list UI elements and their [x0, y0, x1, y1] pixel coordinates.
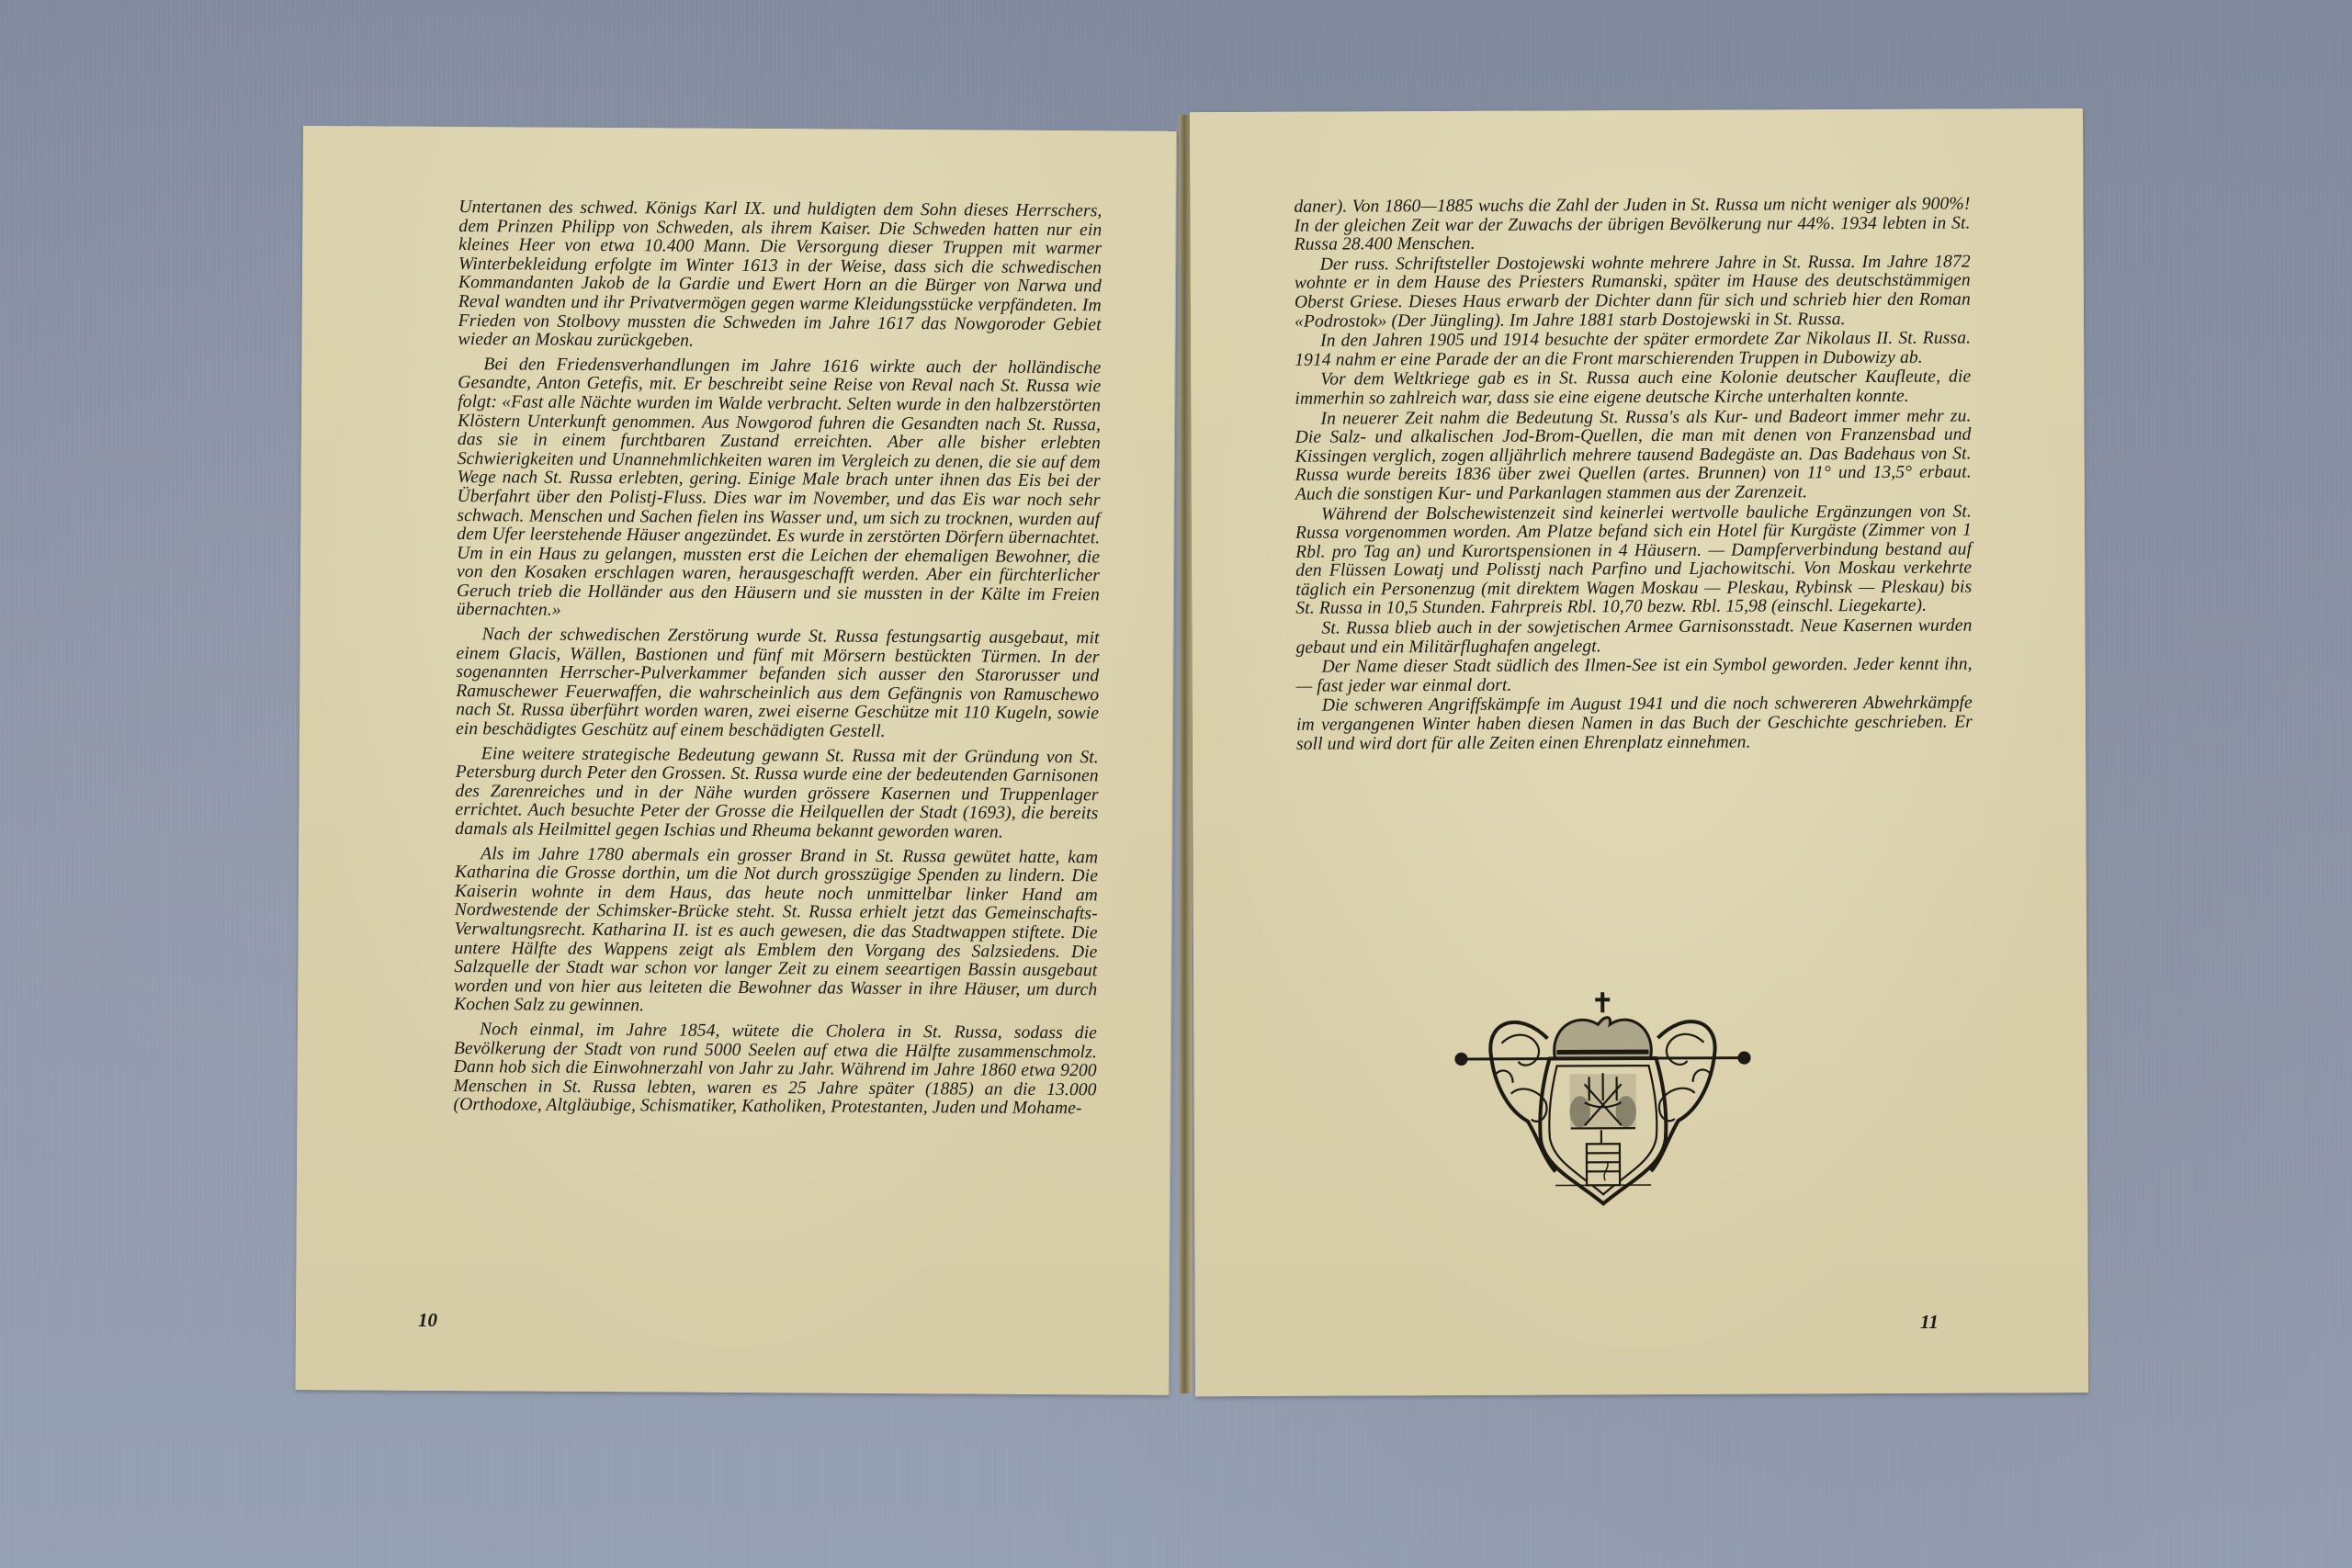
page-number-left-footer: 10 [418, 1309, 437, 1332]
paragraph: Vor dem Weltkriege gab es in St. Russa a… [1295, 368, 1971, 409]
paragraph: Während der Bolschewistenzeit sind keine… [1295, 502, 1973, 619]
coat-of-arms-icon [1446, 974, 1759, 1213]
paragraph: Der russ. Schriftsteller Dostojewski woh… [1295, 253, 1971, 332]
left-page-text: Untertanen des schwed. Königs Karl IX. u… [453, 198, 1102, 1124]
right-page: daner). Von 1860—1885 wuchs die Zahl der… [1190, 108, 2088, 1396]
paragraph: Die schweren Angriffskämpfe im August 19… [1296, 694, 1973, 754]
paragraph: Der Name dieser Stadt südlich des Ilmen-… [1296, 656, 1973, 696]
paragraph: Bei den Friedensverhandlungen im Jahre 1… [457, 355, 1102, 625]
paragraph: Eine weitere strategische Bedeutung gewa… [455, 745, 1099, 843]
paragraph: St. Russa blieb auch in der sowjetischen… [1295, 617, 1972, 658]
paragraph: daner). Von 1860—1885 wuchs die Zahl der… [1294, 196, 1970, 255]
paragraph: Als im Jahre 1780 abermals ein grosser B… [454, 845, 1098, 1020]
paragraph: Noch einmal, im Jahre 1854, wütete die C… [453, 1021, 1097, 1119]
left-page: Untertanen des schwed. Königs Karl IX. u… [296, 126, 1177, 1395]
booklet-spine-fold [1179, 115, 1192, 1393]
paragraph: In neuerer Zeit nahm die Bedeutung St. R… [1295, 407, 1971, 504]
page-number-right-footer: 11 [1920, 1311, 1939, 1334]
paragraph: Untertanen des schwed. Königs Karl IX. u… [458, 198, 1102, 354]
paragraph: In den Jahren 1905 und 1914 besuchte der… [1295, 330, 1971, 370]
paragraph: Nach der schwedischen Zerstörung wurde S… [456, 626, 1100, 743]
right-page-text: daner). Von 1860—1885 wuchs die Zahl der… [1294, 196, 1973, 755]
